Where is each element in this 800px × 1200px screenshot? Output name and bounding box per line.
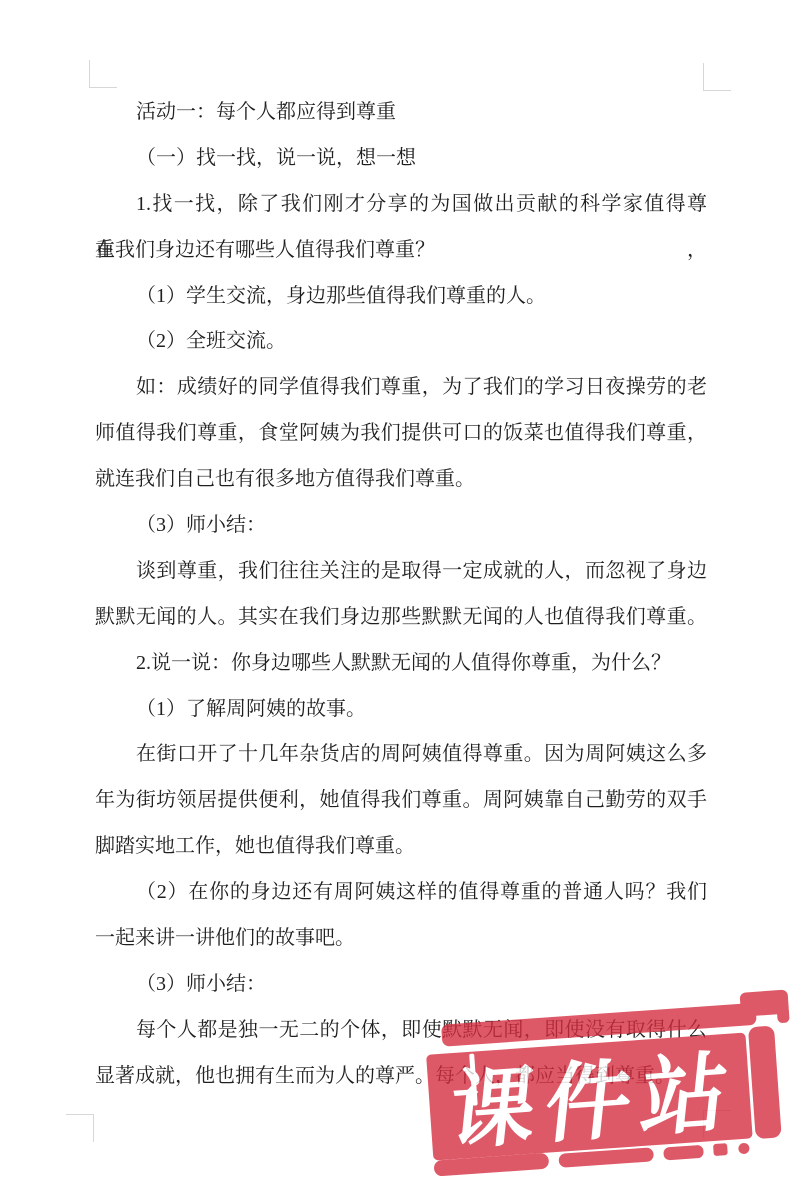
text-line: （1）了解周阿姨的故事。 xyxy=(95,687,707,733)
document-text: 活动一：每个人都应得到尊重（一）找一找，说一说，想一想1.找一找，除了我们刚才分… xyxy=(95,90,707,1100)
text-line: 2.说一说：你身边哪些人默默无闻的人值得你尊重，为什么？ xyxy=(95,641,707,687)
text-line: 年为街坊领居提供便利，她值得我们尊重。周阿姨靠自己勤劳的双手 xyxy=(95,778,707,824)
text-line: （1）学生交流，身边那些值得我们尊重的人。 xyxy=(95,274,707,320)
document-page: 活动一：每个人都应得到尊重（一）找一找，说一说，想一想1.找一找，除了我们刚才分… xyxy=(0,0,800,1200)
text-line: 师值得我们尊重，食堂阿姨为我们提供可口的饭菜也值得我们尊重， xyxy=(95,411,707,457)
stamp-right-dot xyxy=(776,1004,789,1023)
text-line: 每个人都是独一无二的个体，即使默默无闻，即使没有取得什么 xyxy=(95,1008,707,1054)
stamp-bottom-dash xyxy=(433,1153,549,1177)
text-line: 1.找一找，除了我们刚才分享的为国做出贡献的科学家值得尊重， xyxy=(95,182,707,228)
text-line: （3）师小结： xyxy=(95,503,707,549)
text-line: （3）师小结： xyxy=(95,962,707,1008)
text-line: （2）全班交流。 xyxy=(95,319,707,365)
text-line: （一）找一找，说一说，想一想 xyxy=(95,136,707,182)
stamp-bottom-dash xyxy=(738,1143,750,1155)
text-line: 脚踏实地工作，她也值得我们尊重。 xyxy=(95,824,707,870)
text-line: 如：成绩好的同学值得我们尊重，为了我们的学习日夜操劳的老 xyxy=(95,365,707,411)
text-line: 谈到尊重，我们往往关注的是取得一定成就的人，而忽视了身边 xyxy=(95,549,707,595)
text-line: 就连我们自己也有很多地方值得我们尊重。 xyxy=(95,457,707,503)
text-line: 活动一：每个人都应得到尊重 xyxy=(95,90,707,136)
crop-mark-bottom-right xyxy=(703,1110,731,1138)
text-line: 默默无闻的人。其实在我们身边那些默默无闻的人也值得我们尊重。 xyxy=(95,595,707,641)
crop-mark-bottom-left xyxy=(66,1114,94,1142)
stamp-bottom-dash xyxy=(713,1143,728,1156)
text-line: 在街口开了十几年杂货店的周阿姨值得尊重。因为周阿姨这么多 xyxy=(95,732,707,778)
text-line: 显著成就，他也拥有生而为人的尊严。每个人，都应当得到尊重。 xyxy=(95,1054,707,1100)
stamp-corner-fragment xyxy=(740,990,790,1017)
stamp-bottom-dash xyxy=(558,1147,654,1168)
text-line: （2）在你的身边还有周阿姨这样的值得尊重的普通人吗？我们 xyxy=(95,870,707,916)
stamp-right-stroke xyxy=(748,1026,782,1140)
crop-mark-top-right xyxy=(703,63,731,91)
stamp-bottom-dash xyxy=(663,1145,704,1161)
text-line: 一起来讲一讲他们的故事吧。 xyxy=(95,916,707,962)
crop-mark-top-left xyxy=(89,60,117,88)
